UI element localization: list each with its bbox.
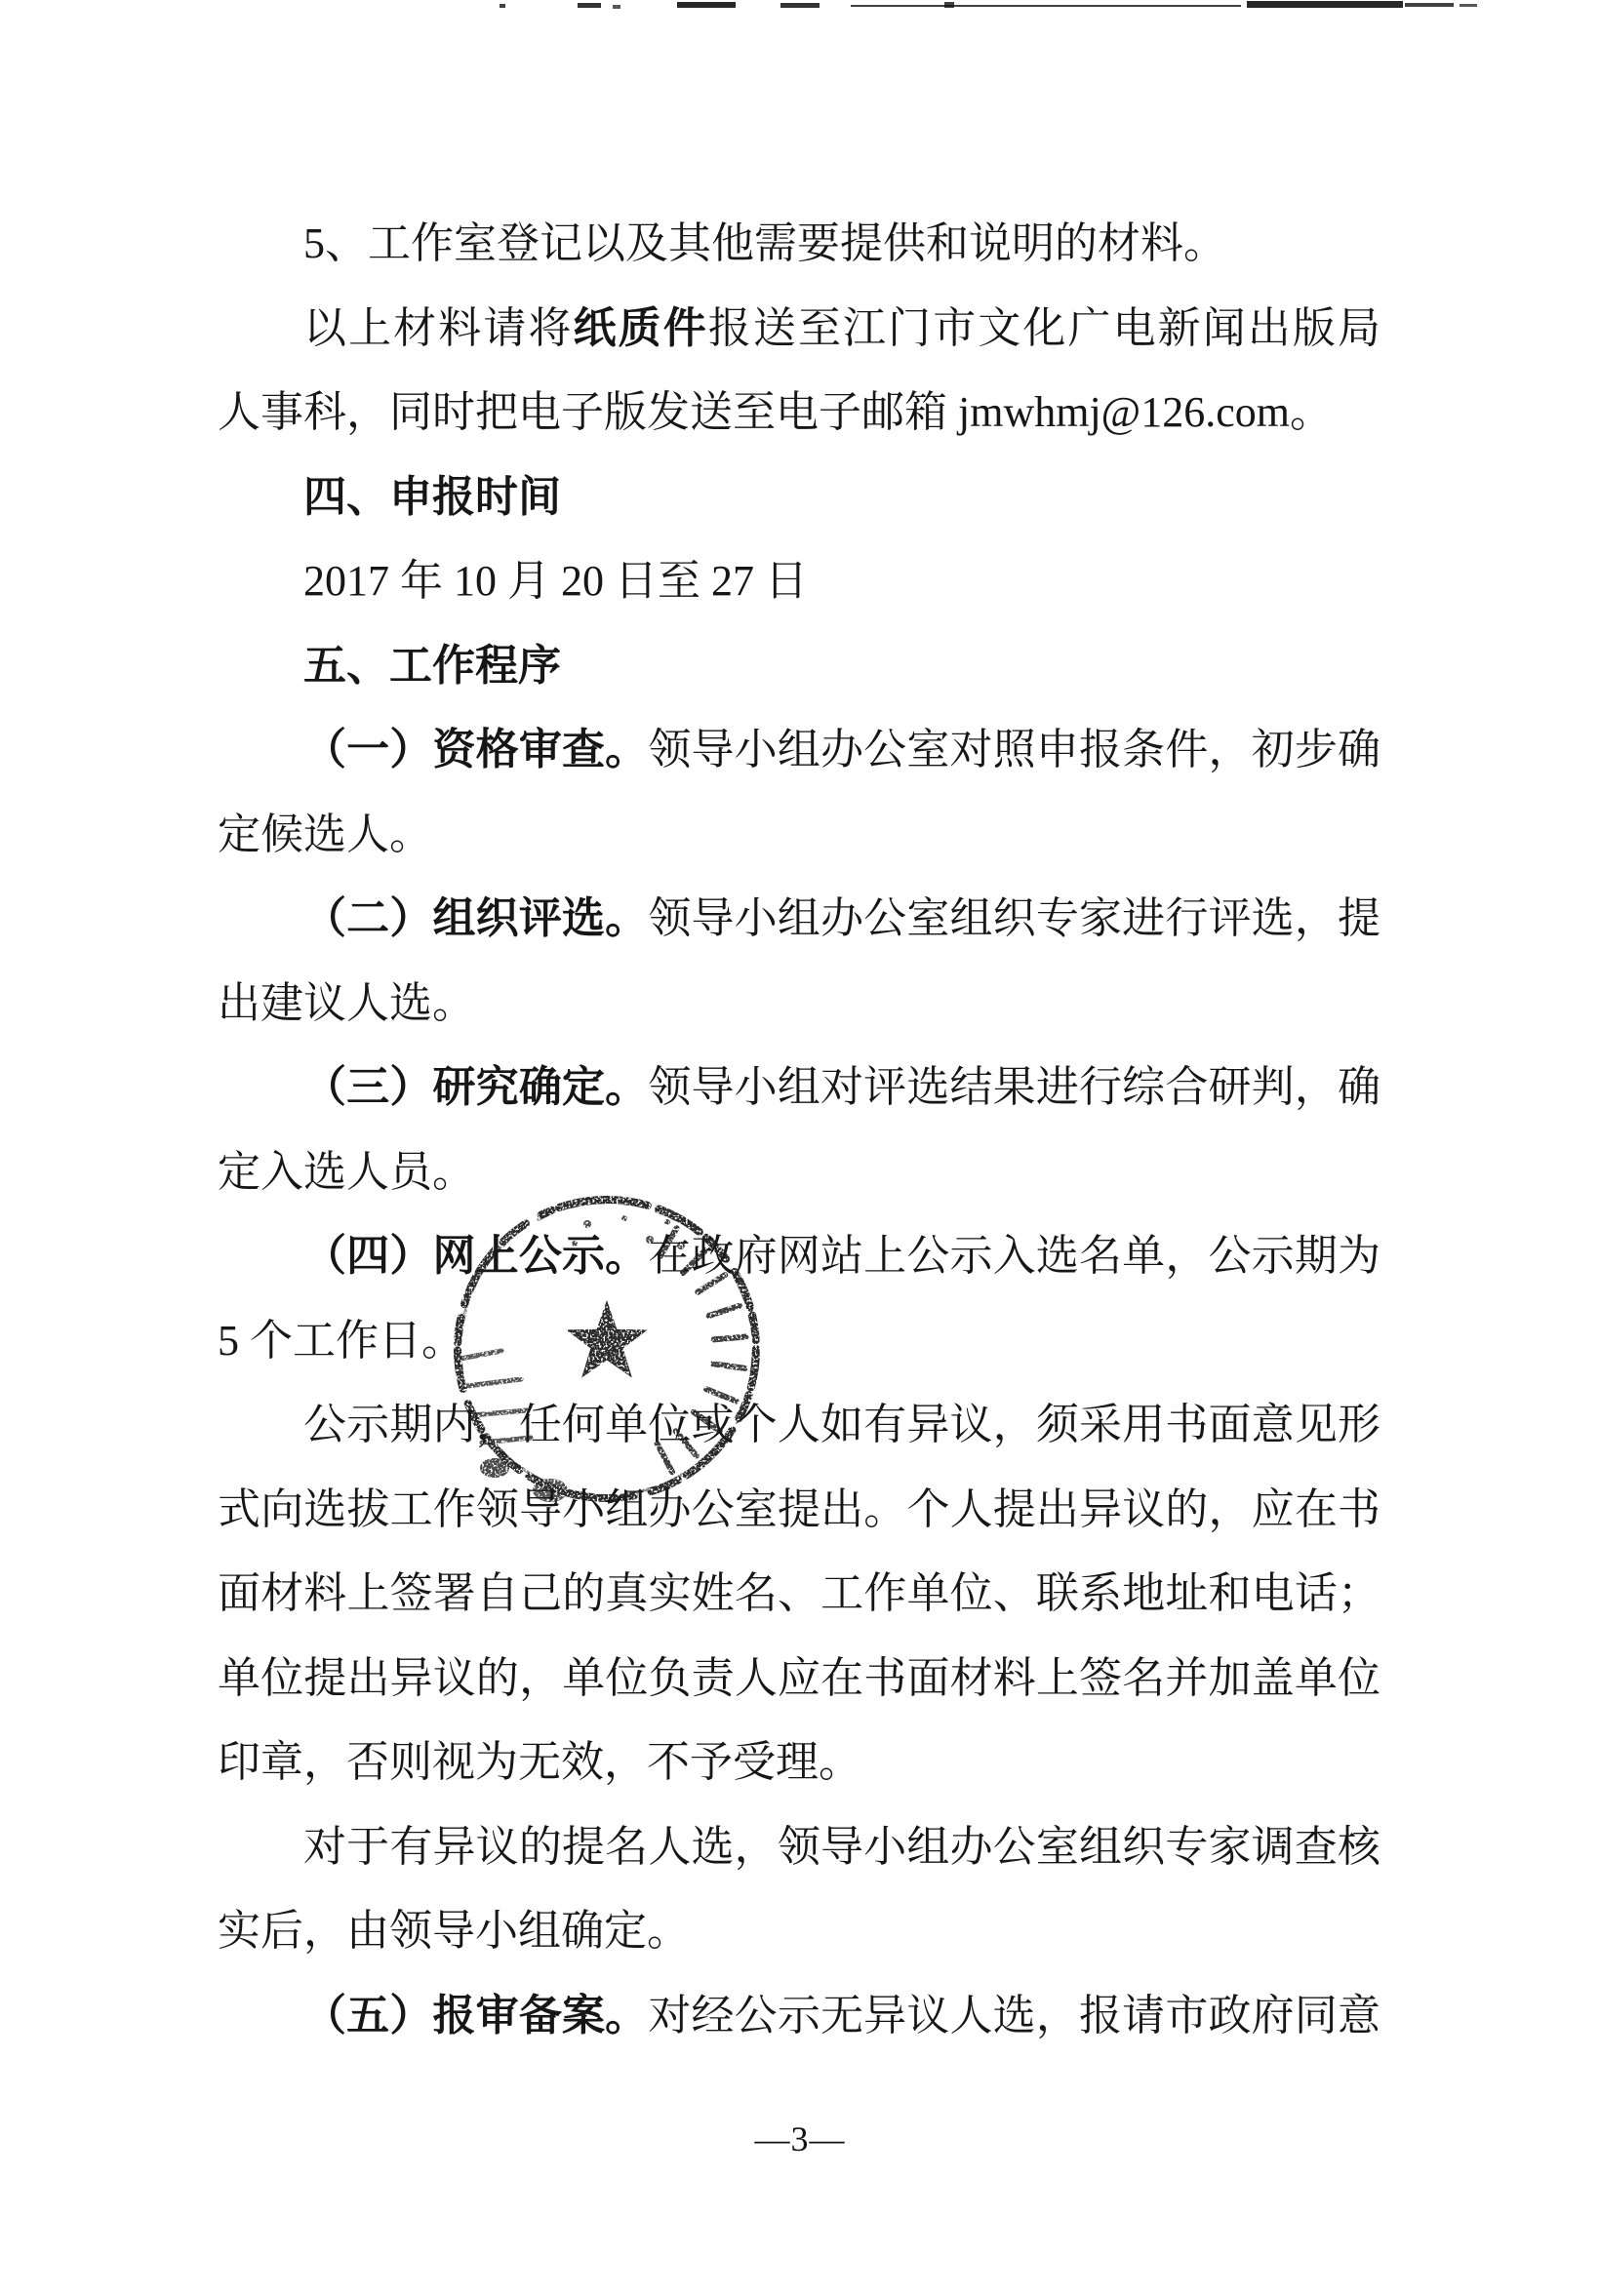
scan-artifact	[1405, 3, 1454, 7]
text-line: 定候选人。	[218, 793, 1380, 878]
section-heading: 四、申报时间	[218, 455, 1380, 540]
text-line: 面材料上签署自己的真实姓名、工作单位、联系地址和电话；	[218, 1552, 1380, 1637]
text-line: 5 个工作日。	[218, 1299, 1380, 1384]
scan-artifact	[944, 2, 954, 8]
line-segment: 实后，由领导小组确定。	[218, 1907, 690, 1955]
text-line: 公示期内，任何单位或个人如有异议，须采用书面意见形	[218, 1383, 1380, 1468]
line-segment: 面材料上签署自己的真实姓名、工作单位、联系地址和电话；	[218, 1569, 1380, 1617]
line-segment: 报送至江门市文化广电新闻出版局	[708, 304, 1380, 352]
text-line: 实后，由领导小组确定。	[218, 1889, 1380, 1974]
text-line: 2017 年 10 月 20 日至 27 日	[218, 539, 1380, 624]
scan-artifact	[851, 5, 1241, 7]
line-segment-bold: 五、工作程序	[303, 642, 561, 690]
text-line: 单位提出异议的，单位负责人应在书面材料上签名并加盖单位	[218, 1637, 1380, 1722]
line-segment-bold: （三）研究确定。	[303, 1063, 648, 1111]
scan-artifact	[500, 4, 505, 8]
scan-artifact	[780, 3, 820, 8]
line-segment: 定入选人员。	[218, 1148, 475, 1196]
line-segment: 以上材料请将	[303, 304, 574, 352]
scan-artifact	[578, 3, 601, 8]
text-line: 定入选人员。	[218, 1130, 1380, 1215]
line-segment: 5 个工作日。	[218, 1317, 464, 1365]
line-segment: 单位提出异议的，单位负责人应在书面材料上签名并加盖单位	[218, 1654, 1380, 1702]
line-segment: 定候选人。	[218, 811, 432, 858]
line-segment: 2017 年 10 月 20 日至 27 日	[303, 557, 808, 605]
line-segment-bold: （一）资格审查。	[303, 726, 648, 773]
line-segment: 领导小组办公室组织专家进行评选，提	[648, 894, 1380, 942]
text-line: 对于有异议的提名人选，领导小组办公室组织专家调查核	[218, 1805, 1380, 1890]
line-segment: 对于有异议的提名人选，领导小组办公室组织专家调查核	[303, 1823, 1380, 1871]
text-line: （四）网上公示。在政府网站上公示入选名单，公示期为	[218, 1214, 1380, 1299]
line-segment: 领导小组办公室对照申报条件，初步确	[648, 726, 1380, 773]
line-segment: 领导小组对评选结果进行综合研判，确	[648, 1063, 1380, 1111]
text-line: 5、工作室登记以及其他需要提供和说明的材料。	[218, 202, 1380, 287]
section-heading: 五、工作程序	[218, 624, 1380, 709]
scan-artifact	[1247, 1, 1403, 8]
line-segment-bold: （五）报审备案。	[303, 1992, 648, 2039]
text-line: 出建议人选。	[218, 962, 1380, 1047]
line-segment: 式向选拔工作领导小组办公室提出。个人提出异议的，应在书	[218, 1485, 1380, 1533]
line-segment: 对经公示无异议人选，报请市政府同意	[648, 1992, 1380, 2039]
line-segment: 人事科，同时把电子版发送至电子邮箱 jmwhmj@126.com。	[218, 388, 1333, 436]
text-line: 印章，否则视为无效，不予受理。	[218, 1721, 1380, 1805]
line-segment-bold: （四）网上公示。	[303, 1232, 648, 1280]
page-number: —3—	[0, 2118, 1600, 2159]
text-line: 以上材料请将纸质件报送至江门市文化广电新闻出版局	[218, 287, 1380, 372]
line-segment-bold: 纸质件	[574, 304, 708, 352]
document-body: 5、工作室登记以及其他需要提供和说明的材料。 以上材料请将纸质件报送至江门市文化…	[218, 202, 1380, 2058]
scanned-document-page: 5、工作室登记以及其他需要提供和说明的材料。 以上材料请将纸质件报送至江门市文化…	[0, 0, 1600, 2296]
line-segment: 印章，否则视为无效，不予受理。	[218, 1738, 861, 1786]
line-segment: 5、工作室登记以及其他需要提供和说明的材料。	[303, 219, 1226, 267]
line-segment: 在政府网站上公示入选名单，公示期为	[648, 1232, 1380, 1280]
text-line: （三）研究确定。领导小组对评选结果进行综合研判，确	[218, 1046, 1380, 1130]
text-line: （五）报审备案。对经公示无异议人选，报请市政府同意	[218, 1974, 1380, 2059]
text-line: 式向选拔工作领导小组办公室提出。个人提出异议的，应在书	[218, 1468, 1380, 1553]
line-segment-bold: 四、申报时间	[303, 473, 561, 521]
line-segment-bold: （二）组织评选。	[303, 894, 648, 942]
scan-artifact	[1460, 4, 1477, 7]
scan-artifact	[613, 5, 620, 9]
line-segment: 出建议人选。	[218, 979, 475, 1027]
line-segment: 公示期内，任何单位或个人如有异议，须采用书面意见形	[303, 1401, 1380, 1448]
scan-artifact	[677, 2, 736, 8]
text-line: （一）资格审查。领导小组办公室对照申报条件，初步确	[218, 708, 1380, 793]
text-line: （二）组织评选。领导小组办公室组织专家进行评选，提	[218, 877, 1380, 962]
text-line: 人事科，同时把电子版发送至电子邮箱 jmwhmj@126.com。	[218, 371, 1380, 455]
